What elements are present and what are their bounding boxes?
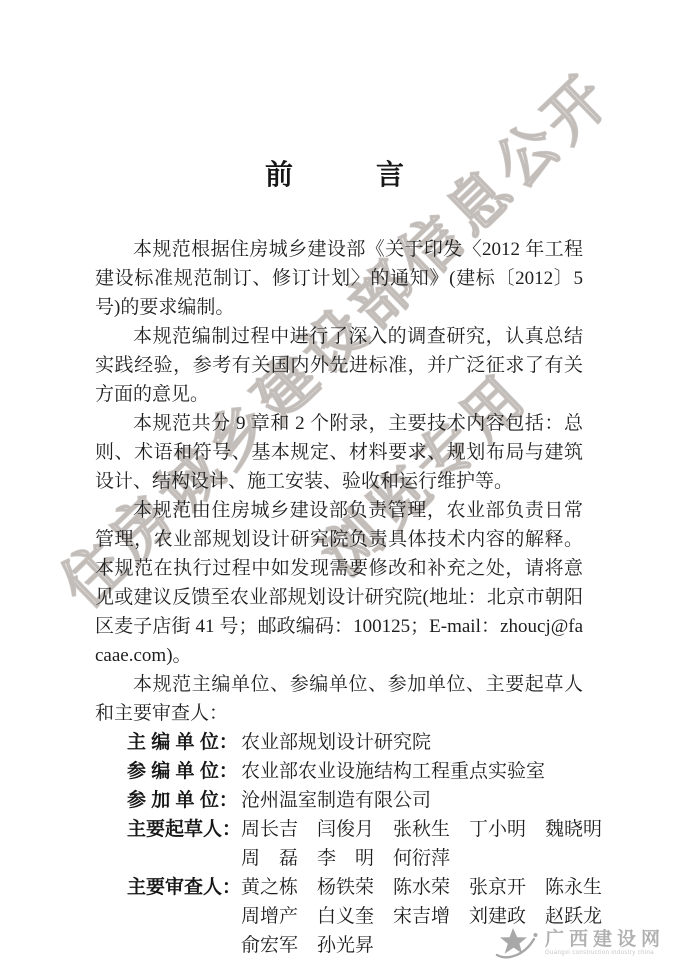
- credit-value-line: 农业部农业设施结构工程重点实验室: [241, 757, 583, 786]
- credit-value-line: 沧州温室制造有限公司: [241, 786, 583, 815]
- credit-label: 主要审查人：: [127, 873, 241, 902]
- credit-value-line: 周 磊 李 明 何衍萍: [241, 844, 602, 873]
- foreword-paragraph-1: 本规范根据住房城乡建设部《关于印发〈2012 年工程建设标准规范制订、修订计划〉…: [95, 235, 583, 322]
- page-title: 前 言: [95, 160, 583, 191]
- credit-row-co-editor-unit: 参 编 单 位： 农业部农业设施结构工程重点实验室: [127, 757, 583, 786]
- credit-label: 主要起草人：: [127, 815, 241, 844]
- foreword-paragraph-4: 本规范由住房城乡建设部负责管理，农业部负责日常管理，农业部规划设计研究院负责具体…: [95, 496, 583, 670]
- foreword-paragraph-5: 本规范主编单位、参编单位、参加单位、主要起草人和主要审查人：: [95, 670, 583, 728]
- credit-value-line: 周长吉 闫俊月 张秋生 丁小明 魏晓明: [241, 815, 602, 844]
- foreword-paragraph-2: 本规范编制过程中进行了深入的调查研究，认真总结实践经验，参考有关国内外先进标准，…: [95, 322, 583, 409]
- credit-value-line: 农业部规划设计研究院: [241, 728, 583, 757]
- credit-row-chief-drafters: 主要起草人： 周长吉 闫俊月 张秋生 丁小明 魏晓明 周 磊 李 明 何衍萍: [127, 815, 583, 873]
- credit-row-chief-editor-unit: 主 编 单 位： 农业部规划设计研究院: [127, 728, 583, 757]
- credit-value-line: 黄之栋 杨铁荣 陈水荣 张京开 陈永生: [241, 873, 602, 902]
- foreword-content: 前 言 本规范根据住房城乡建设部《关于印发〈2012 年工程建设标准规范制订、修…: [0, 0, 677, 960]
- star-swoosh-icon: [494, 924, 540, 962]
- credit-label: 参 加 单 位：: [127, 786, 241, 815]
- site-logo: 广西建设网 Guangxi construction industry chin…: [494, 924, 665, 962]
- document-page: 住房城乡建设部信息公开 浏览专用 前 言 本规范根据住房城乡建设部《关于印发〈2…: [0, 0, 677, 968]
- logo-tagline: Guangxi construction industry china: [545, 950, 665, 956]
- credit-label: 主 编 单 位：: [127, 728, 241, 757]
- credit-row-participating-unit: 参 加 单 位： 沧州温室制造有限公司: [127, 786, 583, 815]
- logo-text-block: 广西建设网 Guangxi construction industry chin…: [545, 930, 665, 956]
- foreword-paragraph-3: 本规范共分 9 章和 2 个附录，主要技术内容包括：总则、术语和符号、基本规定、…: [95, 409, 583, 496]
- logo-site-name: 广西建设网: [545, 930, 665, 950]
- credit-label: 参 编 单 位：: [127, 757, 241, 786]
